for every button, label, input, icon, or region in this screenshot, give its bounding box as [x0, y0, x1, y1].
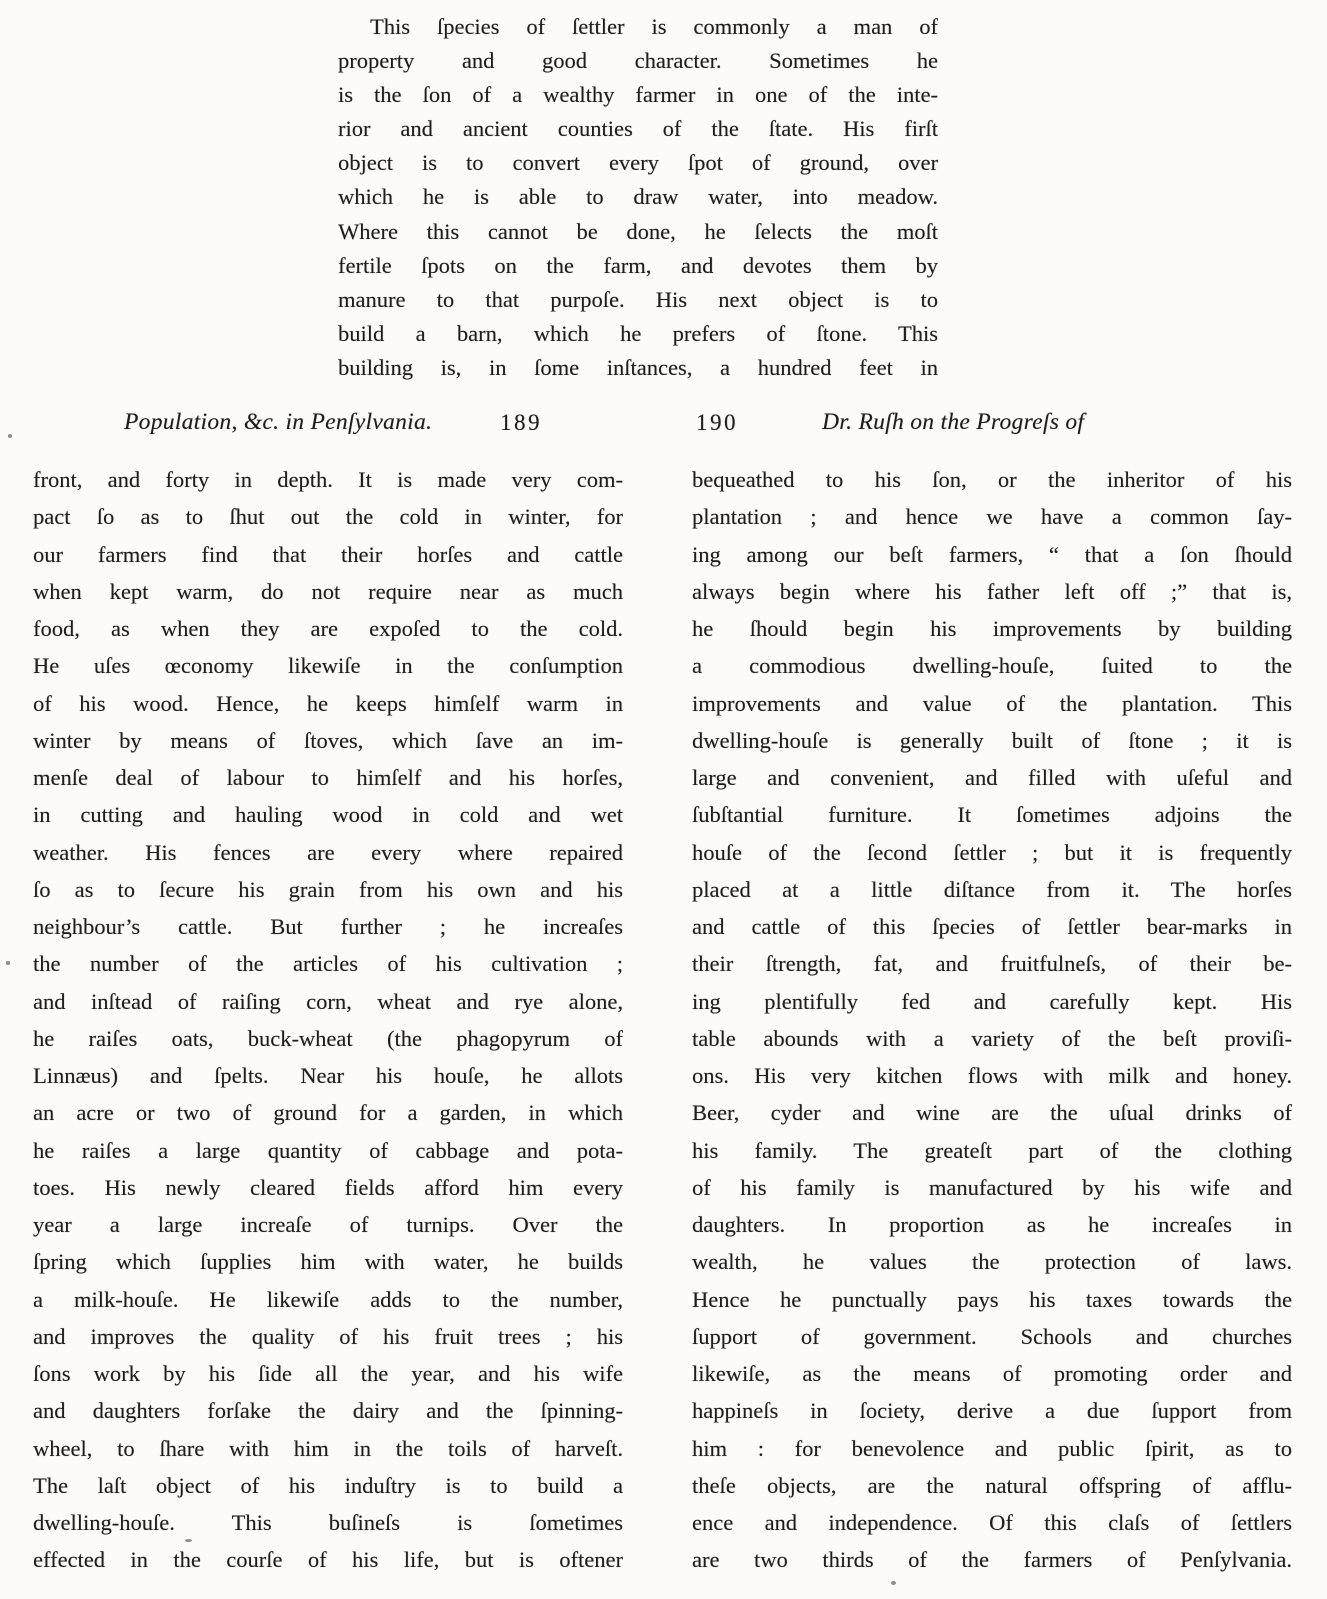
text-line: manure to that purpoſe. His next object … [338, 283, 938, 317]
text-line: build a barn, which he prefers of ſtone.… [338, 317, 938, 351]
text-line: ons. His very kitchen flows with milk an… [692, 1057, 1292, 1094]
text-line: winter by means of ſtoves, which ſave an… [33, 722, 623, 759]
text-line: food, as when they are expoſed to the co… [33, 610, 623, 647]
text-line: rior and ancient counties of the ſtate. … [338, 112, 938, 146]
text-line: improvements and value of the plantation… [692, 685, 1292, 722]
text-line: ſons work by his ſide all the year, and … [33, 1355, 623, 1392]
scan-speck [891, 1581, 896, 1585]
text-line: neighbour’s cattle. But further ; he inc… [33, 908, 623, 945]
scan-speck [6, 961, 10, 965]
text-line: of his wood. Hence, he keeps himſelf war… [33, 685, 623, 722]
page-number-190: 190 [696, 410, 738, 436]
text-line: pact ſo as to ſhut out the cold in winte… [33, 498, 623, 535]
text-line: large and convenient, and filled with uſ… [692, 759, 1292, 796]
text-line: and daughters forſake the dairy and the … [33, 1392, 623, 1429]
text-line: building is, in ſome inſtances, a hundre… [338, 351, 938, 385]
text-line: Where this cannot be done, he ſelects th… [338, 215, 938, 249]
text-line: which he is able to draw water, into mea… [338, 180, 938, 214]
text-line: and cattle of this ſpecies of ſettler be… [692, 908, 1292, 945]
text-line: toes. His newly cleared fields afford hi… [33, 1169, 623, 1206]
text-line: our farmers find that their horſes and c… [33, 536, 623, 573]
text-line: always begin where his father left off ;… [692, 573, 1292, 610]
text-line: when kept warm, do not require near as m… [33, 573, 623, 610]
text-line: front, and forty in depth. It is made ve… [33, 461, 623, 498]
text-line: year a large increaſe of turnips. Over t… [33, 1206, 623, 1243]
running-title-left: Population, &c. in Penſylvania. [124, 409, 432, 436]
text-line: a commodious dwelling-houſe, ſuited to t… [692, 647, 1292, 684]
text-line: ence and independence. Of this claſs of … [692, 1504, 1292, 1541]
text-line: and inſtead of raiſing corn, wheat and r… [33, 983, 623, 1020]
scanned-book-spread: This ſpecies of ſettler is commonly a ma… [0, 0, 1327, 1599]
text-line: property and good character. Sometimes h… [338, 44, 938, 78]
text-line: the number of the articles of his cultiv… [33, 945, 623, 982]
text-line: him : for benevolence and public ſpirit,… [692, 1430, 1292, 1467]
text-line: in cutting and hauling wood in cold and … [33, 796, 623, 833]
text-line: theſe objects, are the natural offspring… [692, 1467, 1292, 1504]
text-line: wealth, he values the protection of laws… [692, 1243, 1292, 1280]
text-line: and improves the quality of his fruit tr… [33, 1318, 623, 1355]
text-line: daughters. In proportion as he increaſes… [692, 1206, 1292, 1243]
page-189-text: front, and forty in depth. It is made ve… [33, 461, 623, 1579]
text-line: is the ſon of a wealthy farmer in one of… [338, 78, 938, 112]
text-line: dwelling-houſe. This buſineſs is ſometim… [33, 1504, 623, 1541]
text-line: an acre or two of ground for a garden, i… [33, 1094, 623, 1131]
text-line: a milk-houſe. He likewiſe adds to the nu… [33, 1281, 623, 1318]
text-line: This ſpecies of ſettler is commonly a ma… [338, 10, 938, 44]
running-headers: Population, &c. in Penſylvania. 189 190 … [0, 409, 1327, 453]
running-title-right: Dr. Ruſh on the Progreſs of [822, 409, 1084, 436]
text-line: he raiſes oats, buck-wheat (the phagopyr… [33, 1020, 623, 1057]
text-line: placed at a little diſtance from it. The… [692, 871, 1292, 908]
text-line: plantation ; and hence we have a common … [692, 498, 1292, 535]
page-190-text: bequeathed to his ſon, or the inheritor … [692, 461, 1292, 1579]
text-line: weather. His fences are every where repa… [33, 834, 623, 871]
text-line: Hence he punctually pays his taxes towar… [692, 1281, 1292, 1318]
text-line: likewiſe, as the means of promoting orde… [692, 1355, 1292, 1392]
continuation-paragraph: This ſpecies of ſettler is commonly a ma… [338, 10, 938, 385]
text-line: of his family is manufactured by his wif… [692, 1169, 1292, 1206]
page-number-189: 189 [500, 410, 542, 436]
scan-speck [8, 434, 12, 438]
scan-speck [185, 1539, 192, 1542]
text-line: their ſtrength, fat, and fruitfulneſs, o… [692, 945, 1292, 982]
text-line: Linnæus) and ſpelts. Near his houſe, he … [33, 1057, 623, 1094]
text-line: bequeathed to his ſon, or the inheritor … [692, 461, 1292, 498]
text-line: effected in the courſe of his life, but … [33, 1541, 623, 1578]
text-line: happineſs in ſociety, derive a due ſuppo… [692, 1392, 1292, 1429]
text-line: menſe deal of labour to himſelf and his … [33, 759, 623, 796]
text-line: fertile ſpots on the farm, and devotes t… [338, 249, 938, 283]
text-line: Beer, cyder and wine are the uſual drink… [692, 1094, 1292, 1131]
text-line: are two thirds of the farmers of Penſylv… [692, 1541, 1292, 1578]
text-line: wheel, to ſhare with him in the toils of… [33, 1430, 623, 1467]
text-line: houſe of the ſecond ſettler ; but it is … [692, 834, 1292, 871]
text-line: ſubſtantial furniture. It ſometimes adjo… [692, 796, 1292, 833]
text-line: ing plentifully fed and carefully kept. … [692, 983, 1292, 1020]
text-line: ing among our beſt farmers, “ that a ſon… [692, 536, 1292, 573]
text-line: ſpring which ſupplies him with water, he… [33, 1243, 623, 1280]
text-line: his family. The greateſt part of the clo… [692, 1132, 1292, 1169]
text-line: object is to convert every ſpot of groun… [338, 146, 938, 180]
text-line: table abounds with a variety of the beſt… [692, 1020, 1292, 1057]
text-line: he ſhould begin his improvements by buil… [692, 610, 1292, 647]
text-line: ſupport of government. Schools and churc… [692, 1318, 1292, 1355]
text-line: The laſt object of his induſtry is to bu… [33, 1467, 623, 1504]
text-line: dwelling-houſe is generally built of ſto… [692, 722, 1292, 759]
text-line: He uſes œconomy likewiſe in the conſumpt… [33, 647, 623, 684]
text-line: he raiſes a large quantity of cabbage an… [33, 1132, 623, 1169]
text-line: ſo as to ſecure his grain from his own a… [33, 871, 623, 908]
